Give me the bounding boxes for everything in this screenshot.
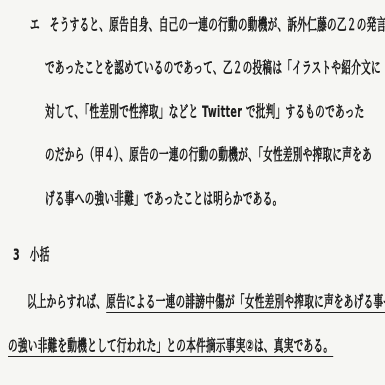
document-body: エ そうすると、原告自身、自己の一連の行動の動機が、訴外仁藤の乙２の発言であった… bbox=[0, 0, 385, 385]
text-segment: のだから（甲４）、原告の一連の行動の動機が、「女性差別や搾取に声をあ bbox=[45, 145, 372, 164]
underlined-text-segment: 原告による一連の誹謗中傷が「女性差別や搾取に声をあげる事へ bbox=[106, 292, 385, 313]
text-line: 3 小括 bbox=[13, 245, 50, 264]
text-segment: であったことを認めているのであって、乙２の投稿は「イラストや紹介文に bbox=[45, 58, 381, 77]
underlined-text-segment: の強い非難を動機として行われた」との本件摘示事実②は、真実である。 bbox=[8, 336, 333, 357]
text-segment: 対して、「性差別で性搾取」などと Twitter で批判」するものであった bbox=[45, 102, 365, 121]
text-segment: げる事への強い非難」であったことは明らかである。 bbox=[45, 189, 283, 208]
text-line: 以上からすれば、原告による一連の誹謗中傷が「女性差別や搾取に声をあげる事へ bbox=[27, 292, 385, 313]
text-segment: エ そうすると、原告自身、自己の一連の行動の動機が、訴外仁藤の乙２の発言 bbox=[30, 15, 385, 34]
text-line: であったことを認めているのであって、乙２の投稿は「イラストや紹介文に bbox=[45, 58, 381, 77]
document-page: エ そうすると、原告自身、自己の一連の行動の動機が、訴外仁藤の乙２の発言であった… bbox=[0, 0, 385, 385]
text-segment: 以上からすれば、 bbox=[27, 292, 106, 311]
text-line: の強い非難を動機として行われた」との本件摘示事実②は、真実である。 bbox=[8, 336, 333, 357]
text-segment: 3 小括 bbox=[13, 245, 50, 264]
text-line: げる事への強い非難」であったことは明らかである。 bbox=[45, 189, 283, 208]
text-line: のだから（甲４）、原告の一連の行動の動機が、「女性差別や搾取に声をあ bbox=[45, 145, 372, 164]
text-line: 対して、「性差別で性搾取」などと Twitter で批判」するものであった bbox=[45, 102, 365, 121]
text-line: エ そうすると、原告自身、自己の一連の行動の動機が、訴外仁藤の乙２の発言 bbox=[30, 15, 385, 34]
